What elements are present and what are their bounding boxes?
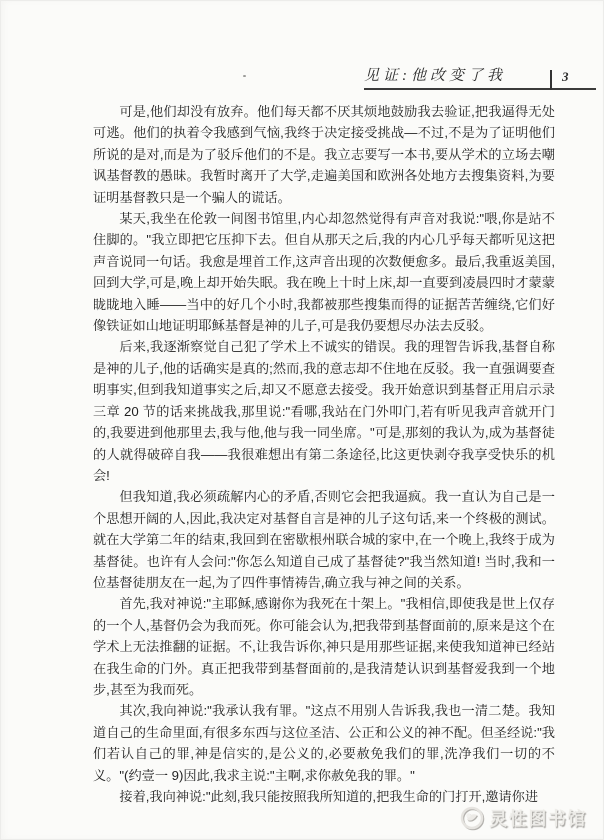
body-paragraph: 可是,他们却没有放弃。他们每天都不厌其烦地鼓励我去验证,把我逼得无处可逃。他们的… (93, 101, 555, 208)
watermark: 灵性图书馆 (460, 805, 588, 831)
body-text: 可是,他们却没有放弃。他们每天都不厌其烦地鼓励我去验证,把我逼得无处可逃。他们的… (93, 101, 555, 807)
watermark-text: 灵性图书馆 (490, 805, 588, 831)
body-paragraph: 某天,我坐在伦敦一间图书馆里,内心却忽然觉得有声音对我说:"喂,你是站不住脚的。… (93, 208, 555, 336)
chapter-title: 见证:他改变了我 (364, 64, 506, 85)
body-paragraph: 后来,我逐渐察觉自己犯了学术上不诚实的错误。我的理智告诉我,基督自称是神的儿子,… (93, 336, 555, 486)
library-logo-icon (460, 806, 484, 830)
running-head: 见证:他改变了我 3 (364, 64, 596, 90)
body-paragraph: 首先,我对神说:"主耶稣,感谢你为我死在十架上。"我相信,即使我是世上仅存的一个… (93, 593, 555, 700)
page-number: 3 (552, 69, 596, 85)
scan-speck (243, 75, 246, 77)
body-paragraph: 其次,我向神说:"我承认我有罪。"这点不用别人告诉我,我也一清二楚。我知道自己的… (93, 700, 555, 786)
body-paragraph: 但我知道,我必须疏解内心的矛盾,否则它会把我逼疯。我一直认为自己是一个思想开阔的… (93, 486, 555, 593)
scanned-book-page: 见证:他改变了我 3 可是,他们却没有放弃。他们每天都不厌其烦地鼓励我去验证,把… (0, 0, 604, 840)
